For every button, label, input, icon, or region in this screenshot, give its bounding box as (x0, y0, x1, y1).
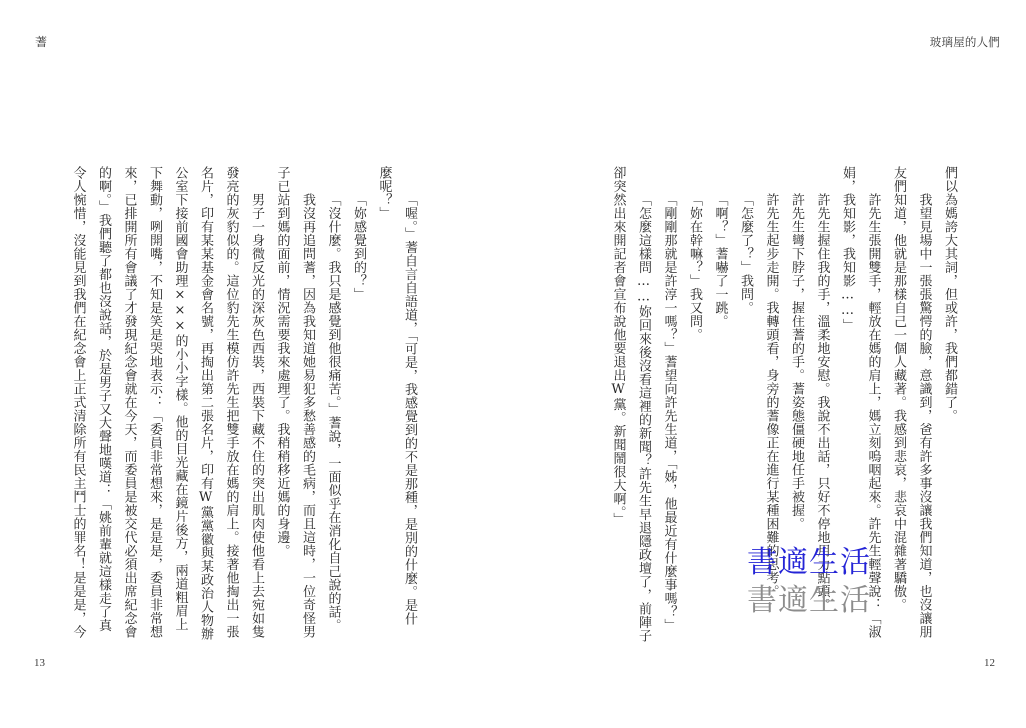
text-column: 友們知道，他就是那樣自己一個人藏著。我感到悲哀，悲哀中混雜著驕傲。 (886, 166, 912, 646)
text-column: 「剛剛那就是許淳一嗎？」蓍望向許先生道，「姊，他最近有什麼事嗎？」 (656, 166, 682, 646)
watermark-primary: 書適生活 (747, 547, 871, 579)
text-column: 「沒什麼。我只是感覺到他很痛苦。」蓍說，一面似乎在消化自己說的話。 (320, 166, 346, 646)
text-column: 名片，印有某某基金會名號，再掏出第二張名片，印有W黨黨徽與某政治人物辦 (193, 166, 219, 646)
text-column: 公室下接前國會助理×××的小小字樣。他的目光藏在鏡片後方，兩道粗眉上 (167, 166, 193, 646)
page-number-right: 12 (984, 657, 995, 670)
text-column: 「怎麼這樣問……妳回來後沒看這裡的新聞？許先生早退隱政壇了，前陣子 (631, 166, 657, 646)
text-column: 的啊。」我們聽了都也沒說話，於是男子又大聲地嘆道：「姚前輩就這樣走了真 (91, 166, 117, 646)
text-column: 令人惋惜，沒能見到我們在紀念會上正式清除所有民主鬥士的罪名！是是是，今 (65, 166, 91, 646)
text-column: 發亮的灰豹似的。這位豹先生模仿許先生把雙手放在媽的肩上。接著他掏出一張 (218, 166, 244, 646)
text-column: 「啊？」蓍嚇了一跳。 (707, 166, 733, 646)
text-column: 男子一身微反光的深灰色西裝，西裝下藏不住的突出肌肉使他看上去宛如隻 (244, 166, 270, 646)
watermark-secondary: 書適生活 (747, 585, 871, 617)
text-column: 麼呢？」 (371, 166, 397, 646)
book-spread: 蓍 玻璃屋的人們 「喔。」蓍自言自語道，「可是，我感覺到的不是那種，是別的什麼。… (0, 0, 1026, 728)
text-column: 們以為媽誇大其詞，但或許，我們都錯了。 (937, 166, 963, 646)
text-column: 子已站到媽的面前，情況需要我來處理了。我稍稍移近媽的身邊。 (269, 166, 295, 646)
text-column: 「喔。」蓍自言自語道，「可是，我感覺到的不是那種，是別的什麼。是什 (397, 166, 423, 646)
text-column: 「妳感覺到的？」 (346, 166, 372, 646)
text-column: 我沒再追問蓍，因為我知道她易犯多愁善感的毛病，而且這時，一位奇怪男 (295, 166, 321, 646)
text-column: 來，已排開所有會議了才發現紀念會就在今天，而委員是被交代必須出席紀念會 (116, 166, 142, 646)
text-column: 「妳在幹嘛？」我又問。 (682, 166, 708, 646)
left-page-body: 「喔。」蓍自言自語道，「可是，我感覺到的不是那種，是別的什麼。是什 麼呢？」 「… (65, 166, 422, 646)
running-head-left: 蓍 (35, 35, 47, 49)
running-head-right: 玻璃屋的人們 (930, 35, 1000, 49)
text-column: 我望見場中一張張驚愕的臉，意識到，爸有許多事沒讓我們知道，也沒讓朋 (911, 166, 937, 646)
text-column: 卻突然出來開記者會宣布說他要退出W黨。新聞鬧很大啊。」 (605, 166, 631, 646)
page-number-left: 13 (34, 657, 45, 670)
text-column: 下舞動，咧開嘴，不知是笑是哭地表示：「委員非常想來，是是是，委員非常想 (142, 166, 168, 646)
